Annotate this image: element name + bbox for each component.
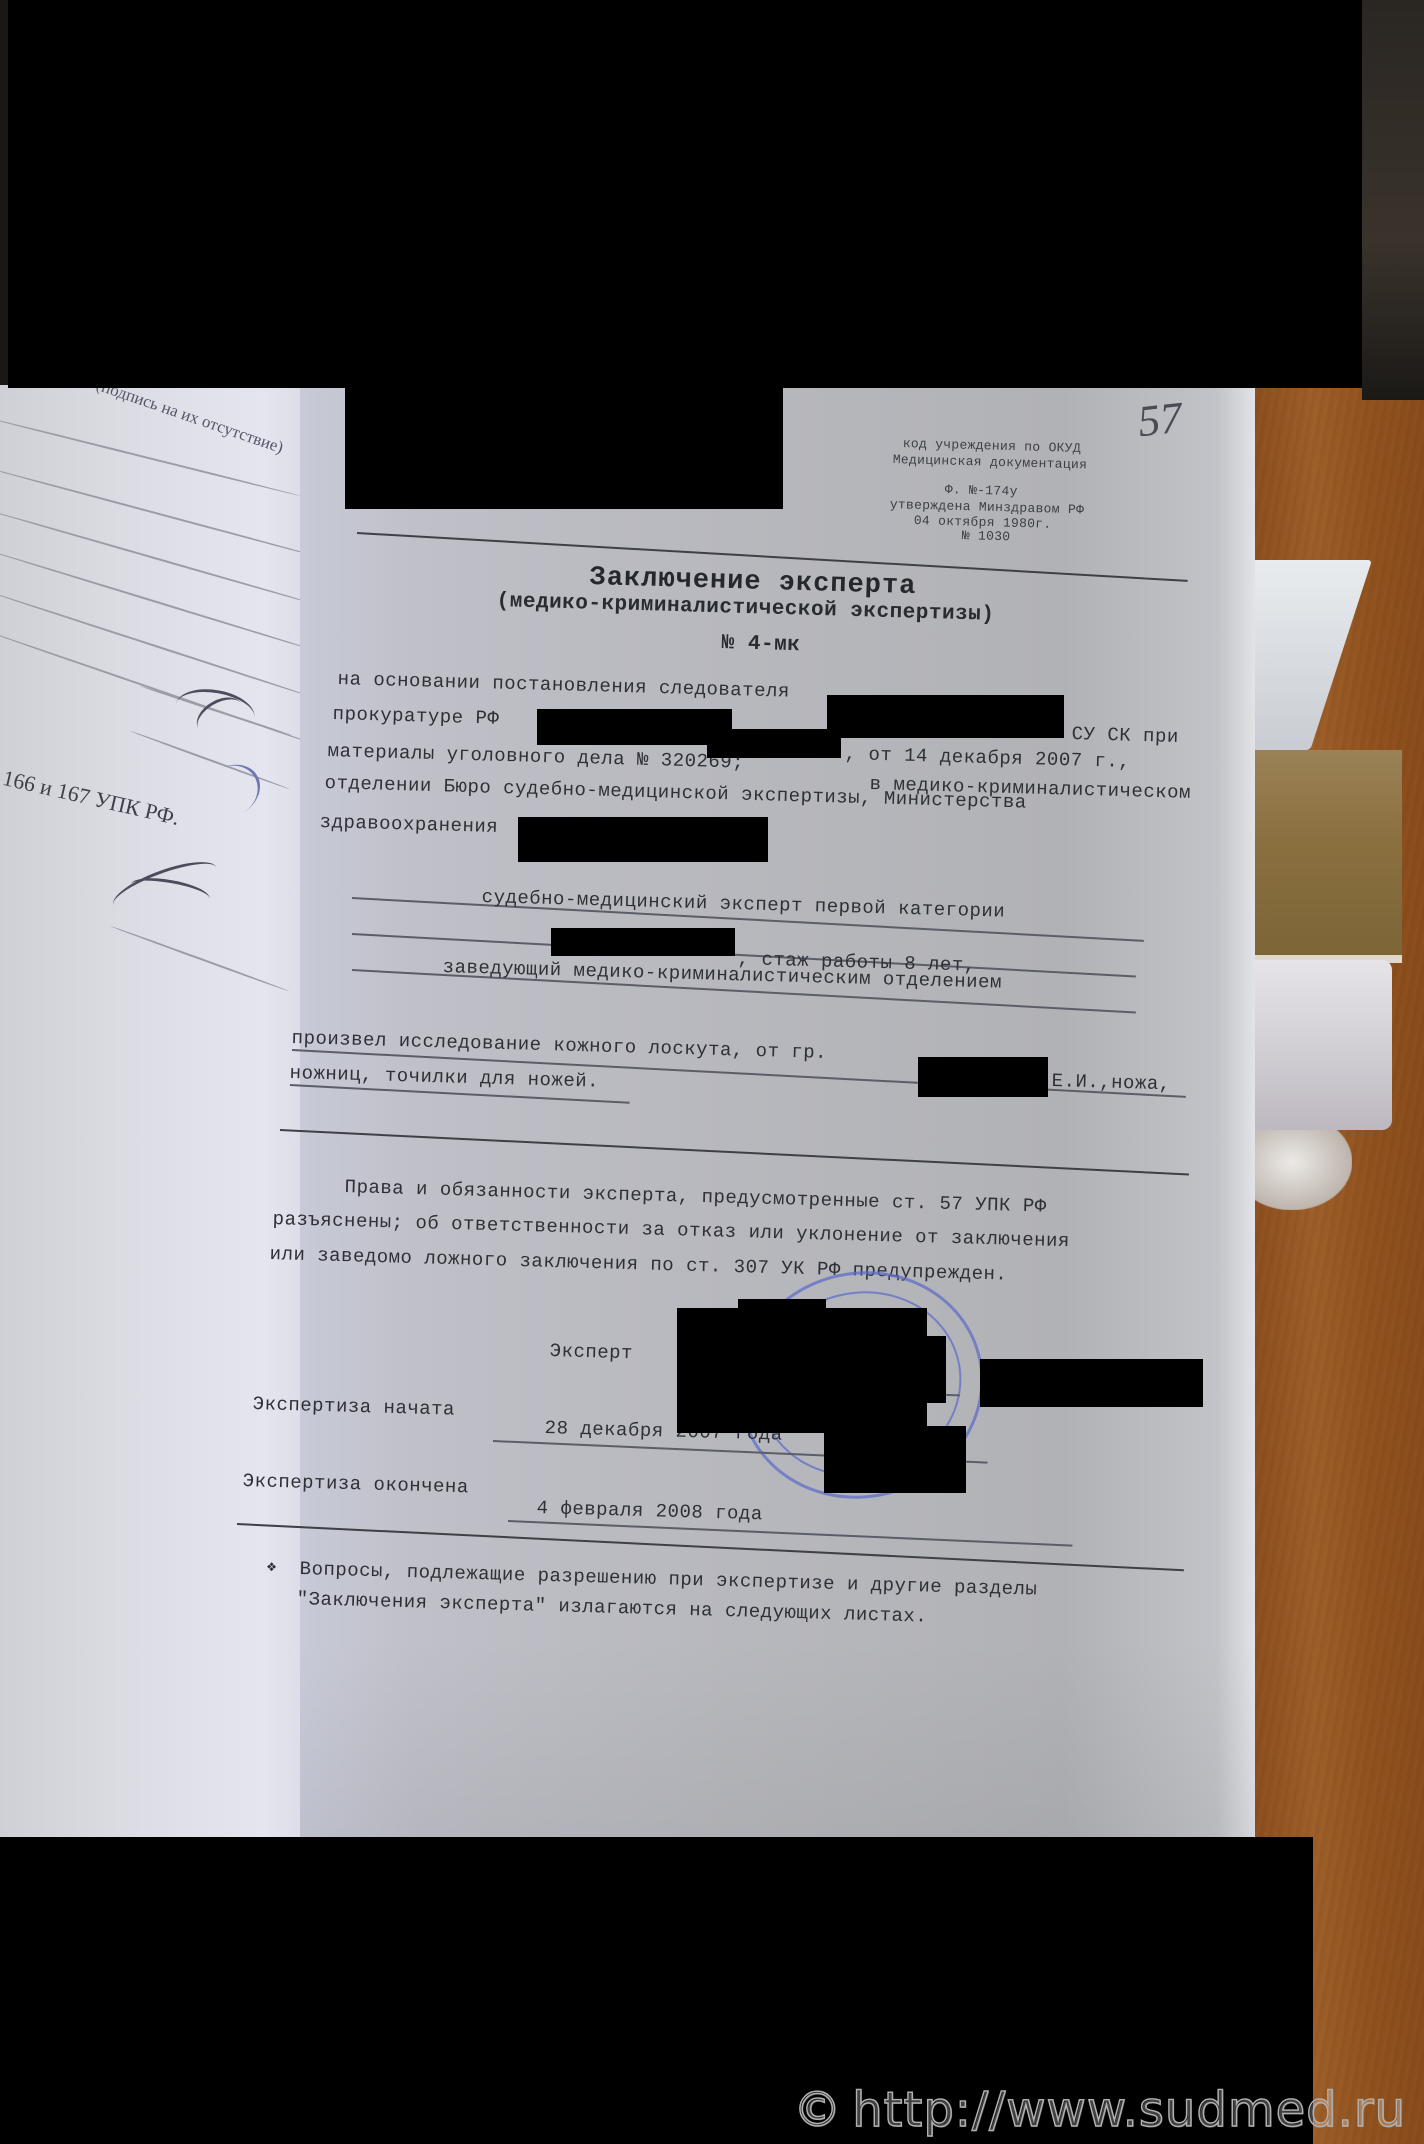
- redaction-box: [918, 1057, 1048, 1097]
- redaction-bar-top: [8, 0, 1362, 388]
- redaction-box: [824, 1426, 966, 1493]
- form-header-line: № 1030: [962, 528, 1011, 544]
- redaction-box: [537, 709, 732, 745]
- document-number: № 4-мк: [721, 632, 800, 657]
- redaction-box: [707, 729, 841, 758]
- ruled-line: [0, 588, 323, 701]
- ruled-line: [0, 465, 328, 560]
- watermark-url: http://www.sudmed.ru: [852, 2082, 1406, 2138]
- ruled-line: [110, 925, 289, 992]
- left-binder-page: [0, 385, 330, 1840]
- evidence-package-knot: [1252, 1130, 1352, 1210]
- handwritten-page-number: 57: [1135, 392, 1184, 447]
- redaction-box: [518, 817, 768, 862]
- form-header-line: Ф. №-174у: [945, 482, 1018, 499]
- ruled-line: [0, 415, 300, 497]
- redaction-box: [677, 1308, 927, 1433]
- expert-signature-label: Эксперт: [549, 1340, 633, 1364]
- redaction-box: [925, 1336, 946, 1403]
- footnote-bullet-icon: ❖: [266, 1556, 277, 1576]
- watermark: ©http://www.sudmed.ru: [793, 2082, 1406, 2138]
- ruled-line: [0, 507, 326, 608]
- basis-line-2-end: СУ СК при: [1071, 723, 1179, 748]
- dark-background: [1362, 0, 1424, 400]
- redaction-box: [551, 928, 735, 956]
- redaction-box: [980, 1359, 1203, 1407]
- evidence-package-taped: [1252, 750, 1402, 963]
- evidence-package-white: [1252, 960, 1392, 1130]
- redaction-box: [827, 695, 1064, 738]
- redaction-bar-top-secondary: [345, 385, 783, 509]
- ruled-line: [0, 547, 325, 654]
- page-shade: [300, 1640, 1255, 1840]
- copyright-icon: ©: [793, 2082, 842, 2138]
- basis-line-2-start: прокуратуре РФ: [332, 703, 499, 730]
